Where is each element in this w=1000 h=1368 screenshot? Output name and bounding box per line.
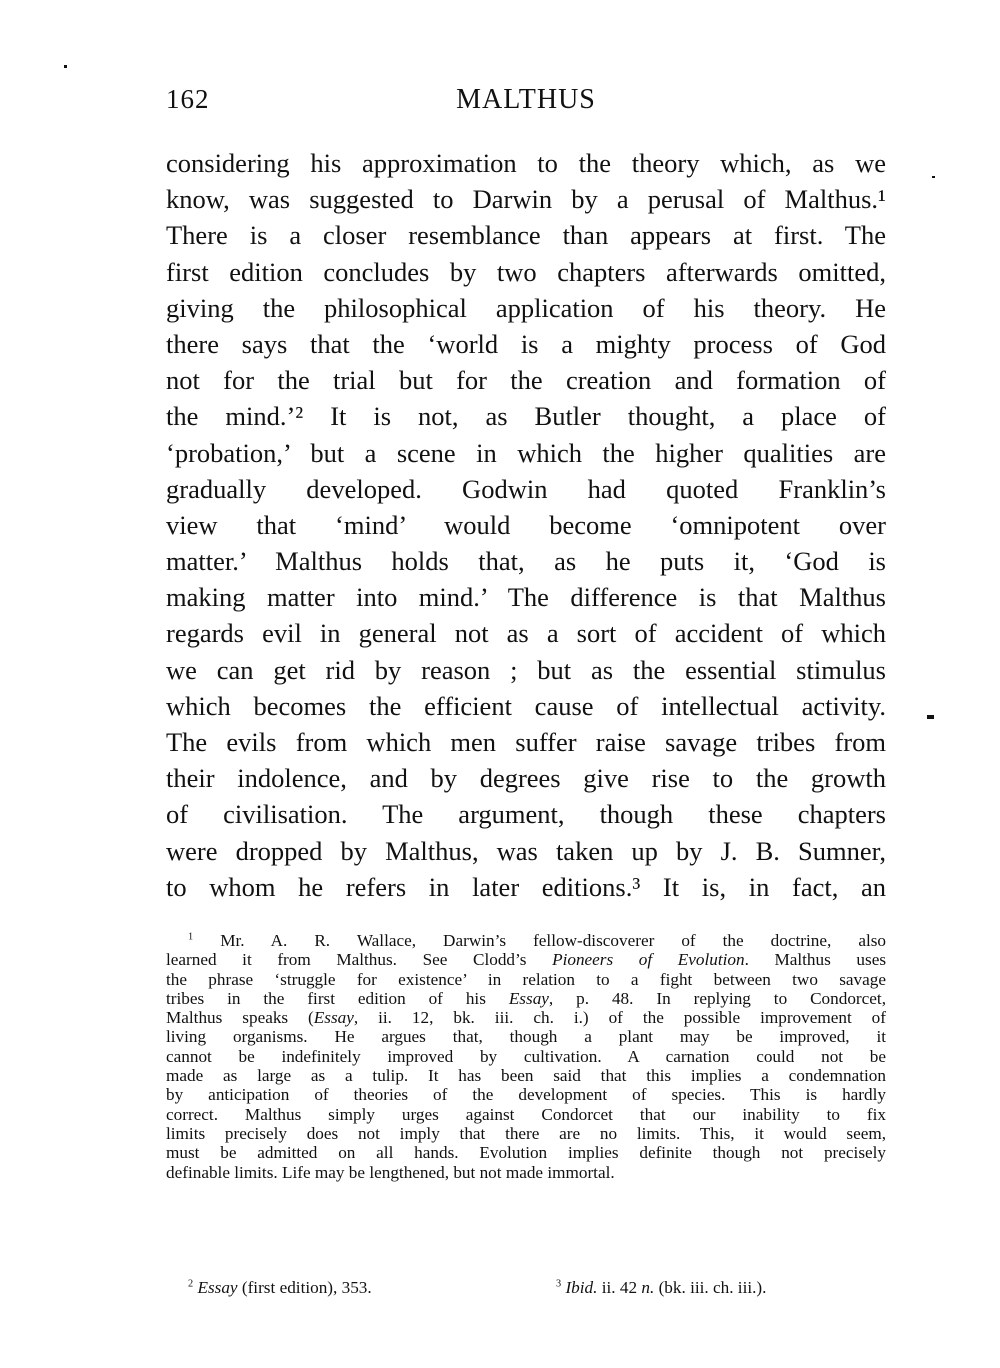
footnote-2: 2 Essay (first edition), 353. <box>188 1277 372 1299</box>
footnote-line: made as large as a tulip. It has been sa… <box>166 1066 886 1085</box>
footnote-marker: 3 <box>556 1278 561 1289</box>
footnotes-2-3: 2 Essay (first edition), 353. 3 Ibid. ii… <box>166 1277 886 1299</box>
body-line: gradually developed. Godwin had quoted F… <box>166 471 886 507</box>
body-line: ‘probation,’ but a scene in which the hi… <box>166 435 886 471</box>
scan-speck <box>64 65 67 68</box>
footnote-line: tribes in the first edition of his Essay… <box>166 989 886 1008</box>
footnote-line: learned it from Malthus. See Clodd’s Pio… <box>166 950 886 969</box>
body-line: giving the philosophical application of … <box>166 290 886 326</box>
body-line: The evils from which men suffer raise sa… <box>166 724 886 760</box>
body-text: considering his approximation to the the… <box>166 145 886 905</box>
body-line: view that ‘mind’ would become ‘omnipoten… <box>166 507 886 543</box>
footnote-line: must be admitted on all hands. Evolution… <box>166 1143 886 1162</box>
footnote-line: limits precisely does not imply that the… <box>166 1124 886 1143</box>
body-line: first edition concludes by two chapters … <box>166 254 886 290</box>
footnote-line: living organisms. He argues that, though… <box>166 1027 886 1046</box>
footnote-line: the phrase ‘struggle for existence’ in r… <box>166 970 886 989</box>
scan-speck <box>932 176 935 178</box>
body-line: there says that the ‘world is a mighty p… <box>166 326 886 362</box>
body-line: to whom he refers in later editions.³ It… <box>166 869 886 905</box>
body-line: matter.’ Malthus holds that, as he puts … <box>166 543 886 579</box>
running-head: MALTHUS <box>166 84 886 116</box>
footnote-marker: 1 <box>188 931 193 942</box>
footnote-title: Ibid. <box>565 1278 597 1297</box>
scan-speck <box>927 715 934 719</box>
body-line: the mind.’² It is not, as Butler thought… <box>166 398 886 434</box>
footnote-title: Essay <box>197 1278 237 1297</box>
body-line: not for the trial but for the creation a… <box>166 362 886 398</box>
body-line: know, was suggested to Darwin by a perus… <box>166 181 886 217</box>
body-line: making matter into mind.’ The difference… <box>166 579 886 615</box>
body-line: which becomes the efficient cause of int… <box>166 688 886 724</box>
footnote-line: Malthus speaks (Essay, ii. 12, bk. iii. … <box>166 1008 886 1027</box>
body-line: we can get rid by reason ; but as the es… <box>166 652 886 688</box>
footnote-marker: 2 <box>188 1278 193 1289</box>
page-header: 162 MALTHUS <box>166 84 886 120</box>
footnote-3: 3 Ibid. ii. 42 n. (bk. iii. ch. iii.). <box>556 1277 766 1299</box>
footnote-line: definable limits. Life may be lengthened… <box>166 1163 886 1182</box>
footnote-line: cannot be indefinitely improved by culti… <box>166 1047 886 1066</box>
body-line: of civilisation. The argument, though th… <box>166 796 886 832</box>
footnote-1: 1 Mr. A. R. Wallace, Darwin’s fellow-dis… <box>166 931 886 1182</box>
footnote-line: correct. Malthus simply urges against Co… <box>166 1105 886 1124</box>
body-line: considering his approximation to the the… <box>166 145 886 181</box>
footnote-line: by anticipation of theories of the devel… <box>166 1085 886 1104</box>
body-line: There is a closer resemblance than appea… <box>166 217 886 253</box>
body-line: regards evil in general not as a sort of… <box>166 615 886 651</box>
footnote-line: 1 Mr. A. R. Wallace, Darwin’s fellow-dis… <box>166 931 886 950</box>
body-line: their indolence, and by degrees give ris… <box>166 760 886 796</box>
body-line: were dropped by Malthus, was taken up by… <box>166 833 886 869</box>
